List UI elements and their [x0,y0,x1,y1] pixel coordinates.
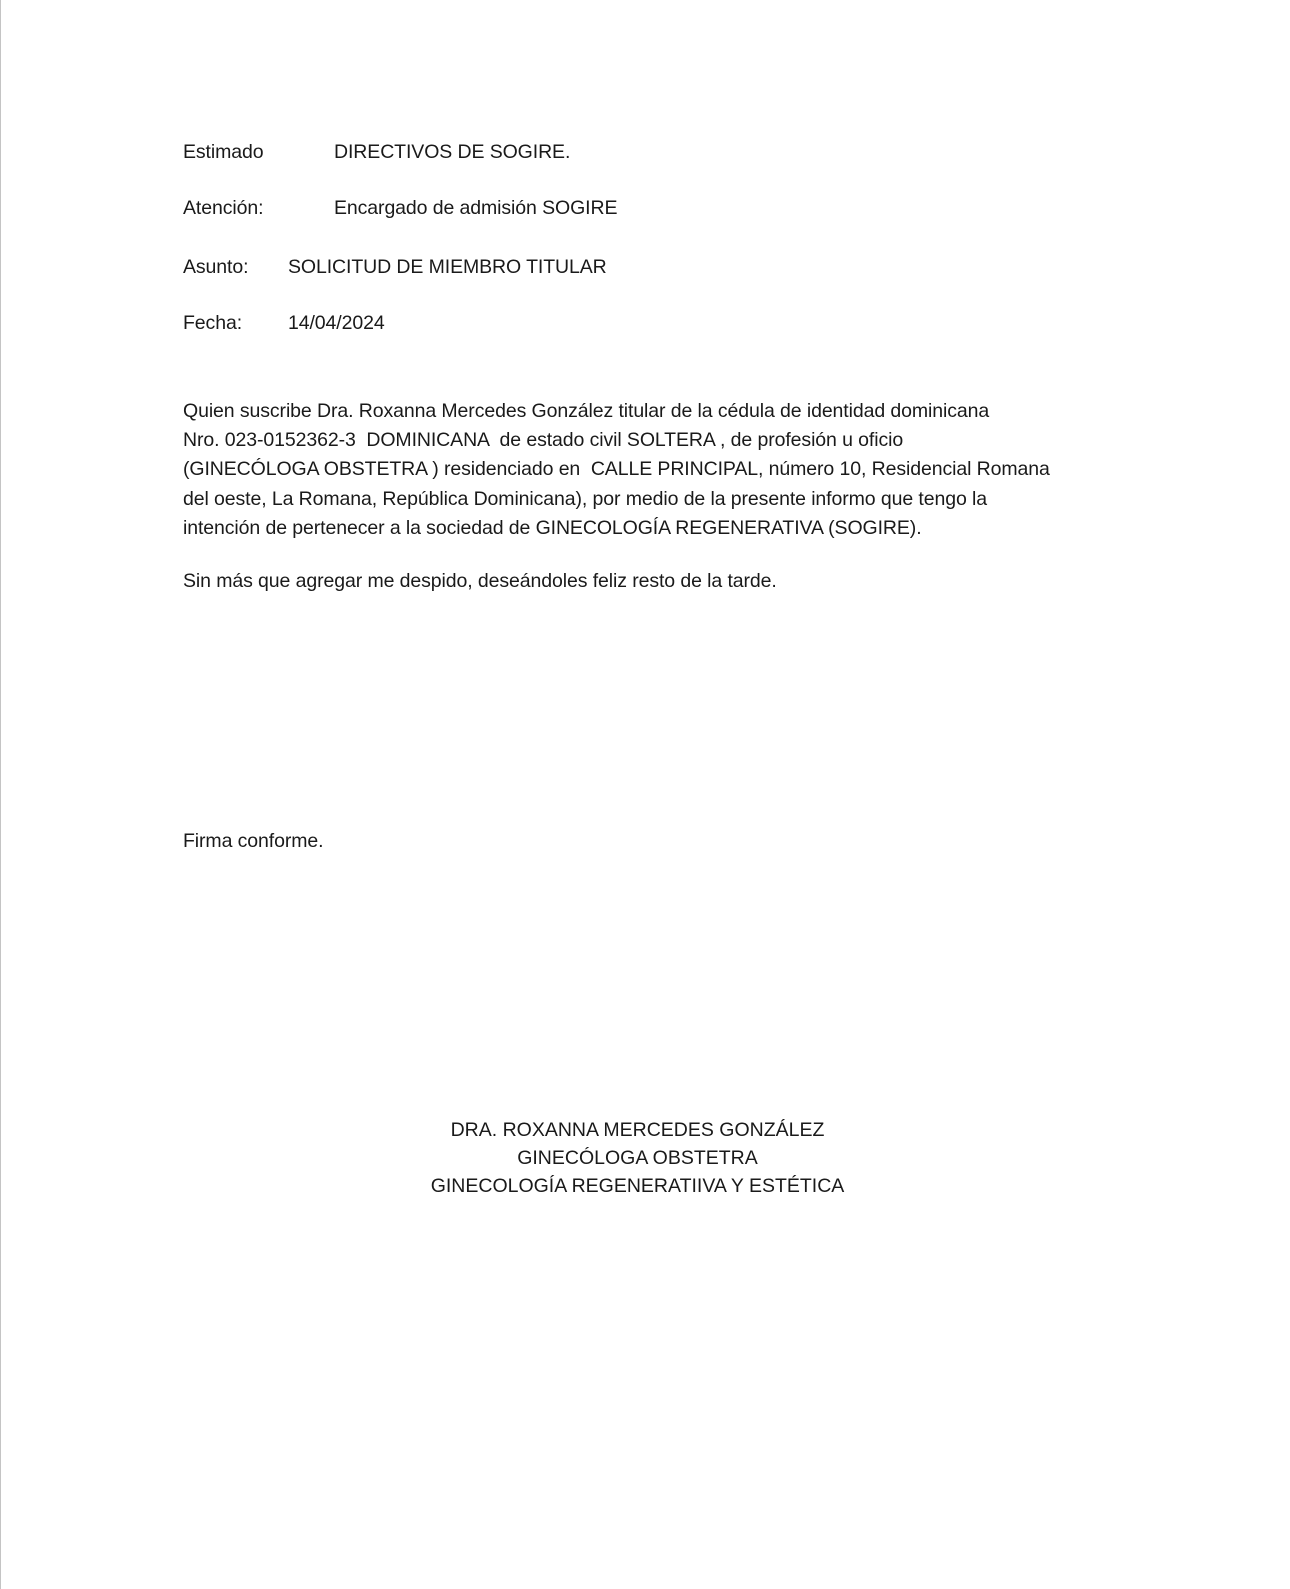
atencion-label: Atención: [183,196,263,220]
sign-off-text: Firma conforme. [183,829,323,853]
paragraph-line: intención de pertenecer a la sociedad de… [183,514,1050,543]
fecha-value: 14/04/2024 [288,311,385,335]
paragraph-line: del oeste, La Romana, República Dominica… [183,485,1050,514]
signature-specialty: GINECOLOGÍA REGENERATIIVA Y ESTÉTICA [1,1172,1274,1200]
document-page: Estimado DIRECTIVOS DE SOGIRE. Atención:… [0,0,1290,1589]
atencion-value: Encargado de admisión SOGIRE [334,196,617,220]
estimado-label: Estimado [183,140,264,164]
closing-text: Sin más que agregar me despido, deseándo… [183,569,777,593]
paragraph-line: (GINECÓLOGA OBSTETRA ) residenciado en C… [183,455,1050,484]
paragraph-line: Nro. 023-0152362-3 DOMINICANA de estado … [183,426,1050,455]
estimado-value: DIRECTIVOS DE SOGIRE. [334,140,570,164]
signature-block: DRA. ROXANNA MERCEDES GONZÁLEZ GINECÓLOG… [1,1116,1274,1200]
fecha-label: Fecha: [183,311,242,335]
asunto-label: Asunto: [183,255,248,279]
asunto-value: SOLICITUD DE MIEMBRO TITULAR [288,255,607,279]
body-paragraph: Quien suscribe Dra. Roxanna Mercedes Gon… [183,397,1050,543]
signature-title: GINECÓLOGA OBSTETRA [1,1144,1274,1172]
paragraph-line: Quien suscribe Dra. Roxanna Mercedes Gon… [183,397,1050,426]
signature-name: DRA. ROXANNA MERCEDES GONZÁLEZ [1,1116,1274,1144]
